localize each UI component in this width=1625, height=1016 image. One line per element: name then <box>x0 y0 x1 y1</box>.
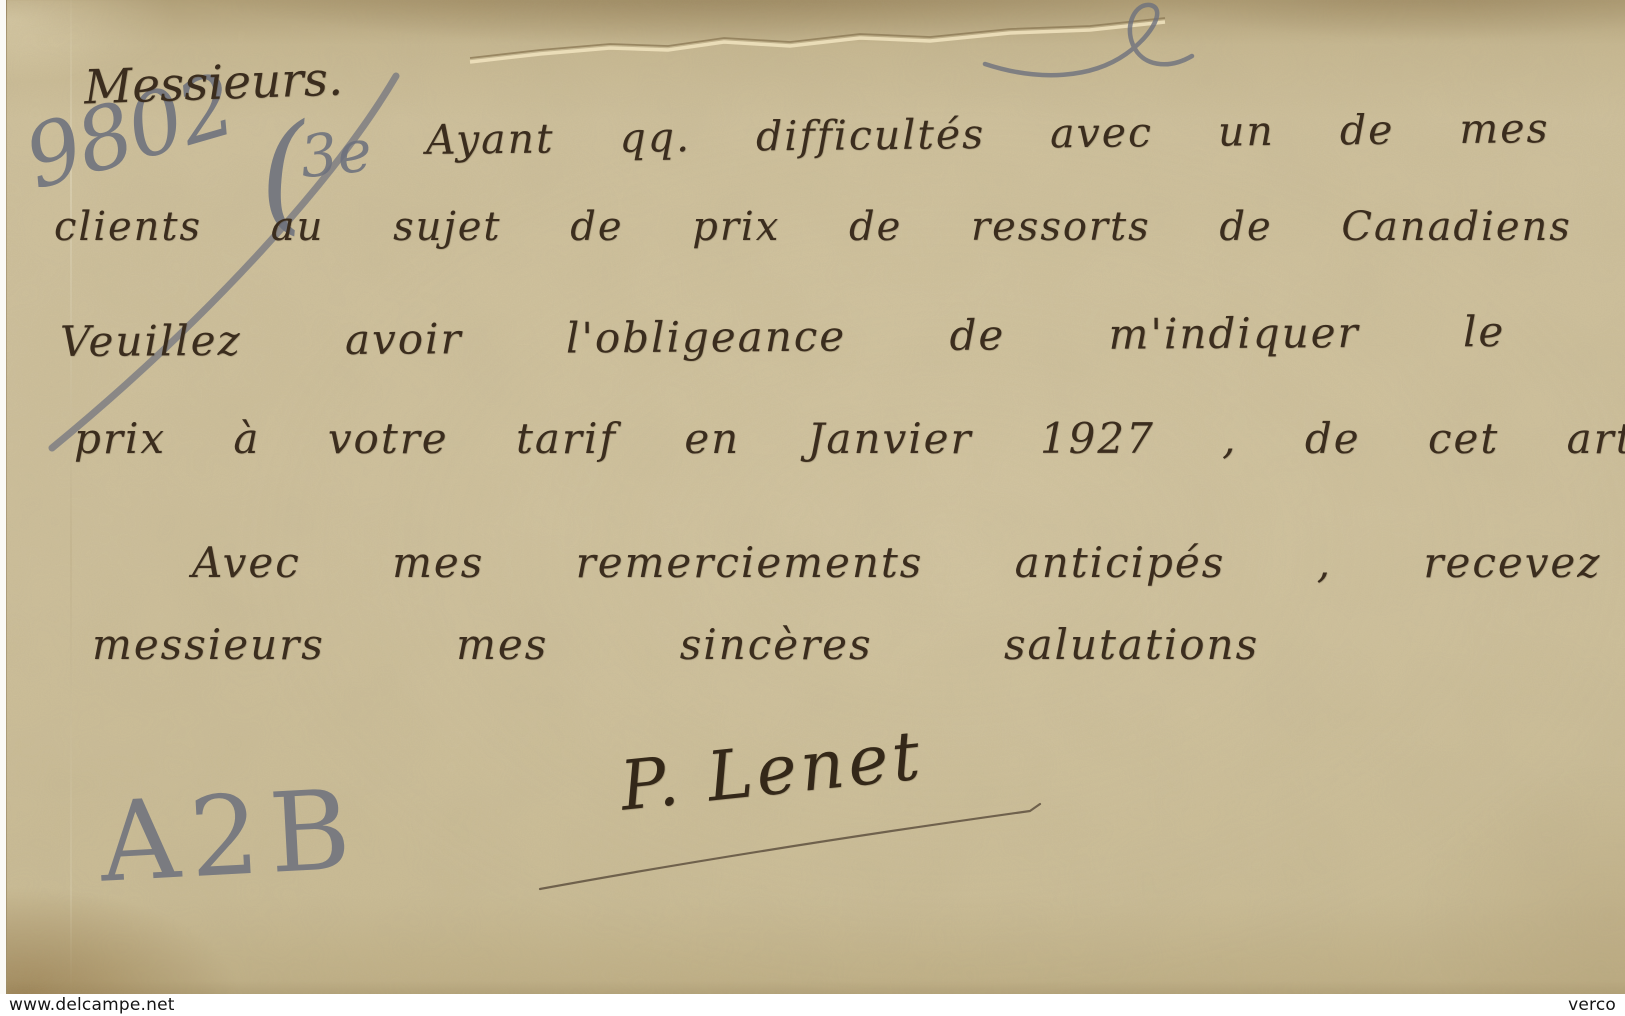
watermark-dealer-text: verco <box>1568 995 1616 1015</box>
body-line: Veuillez avoir l'obligeance de m'indique… <box>60 307 1506 366</box>
pencil-class-mark-value: 3e <box>297 116 375 191</box>
body-line: messieurs mes sincères salutations <box>92 620 1259 669</box>
postcard-scan: 9802 (3e A2B Messieurs. Ayant qq. diffic… <box>0 0 1625 1016</box>
body-line: prix à votre tarif en Janvier 1927 , de … <box>74 414 1625 463</box>
watermark-site-text: www.delcampe.net <box>9 995 175 1015</box>
pencil-code-a2b: A2B <box>97 765 364 906</box>
salutation: Messieurs. <box>83 52 344 116</box>
body-line: Avec mes remerciements anticipés , recev… <box>192 538 1601 587</box>
body-line: clients au sujet de prix de ressorts de … <box>54 204 1625 250</box>
watermark-bar: www.delcampe.net verco <box>0 994 1625 1016</box>
